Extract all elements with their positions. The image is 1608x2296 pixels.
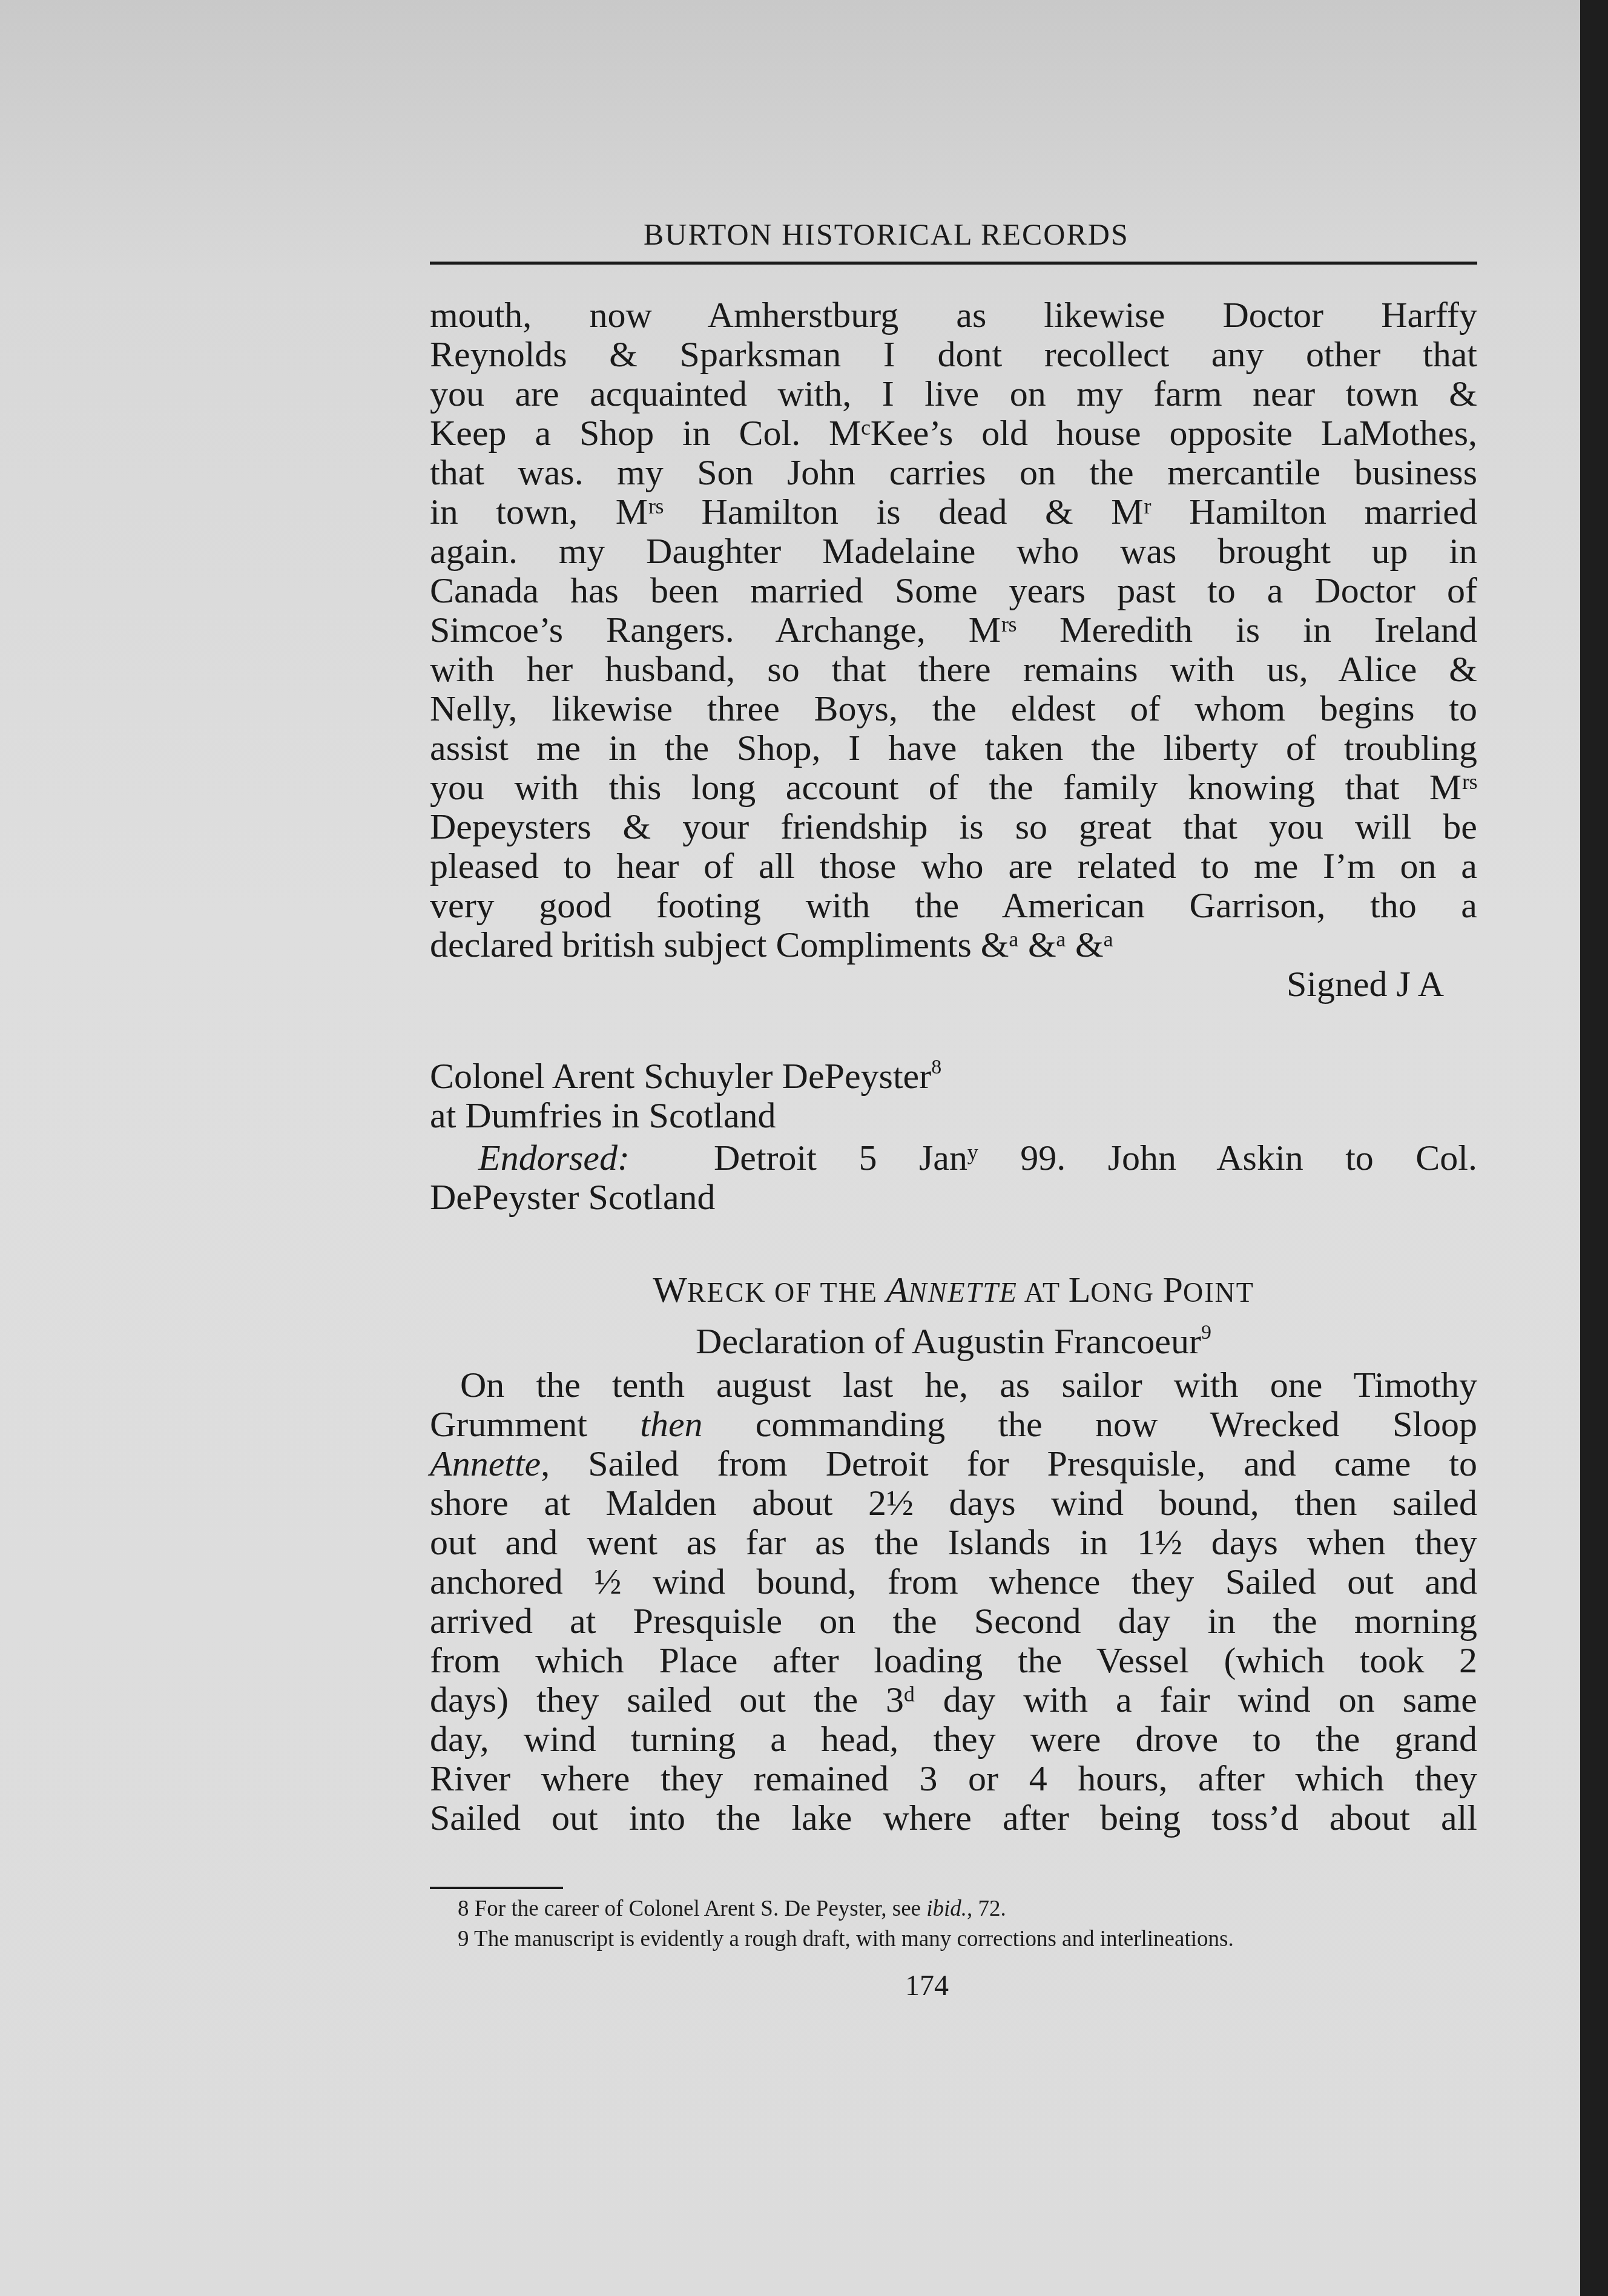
endorsement-line: DePeyster Scotland (430, 1178, 1477, 1217)
text-line: that was. my Son John carries on the mer… (430, 453, 1477, 492)
address-line: at Dumfries in Scotland (430, 1096, 1477, 1135)
text-line: Nelly, likewise three Boys, the eldest o… (430, 689, 1477, 728)
footnote-ref[interactable]: 8 (931, 1056, 941, 1078)
text-line: Annette, Sailed from Detroit for Presqui… (430, 1444, 1477, 1483)
footnote-rule (430, 1887, 563, 1889)
text-line: Depeysters & your friendship is so great… (430, 807, 1477, 846)
text-line: days) they sailed out the 3ᵈ day with a … (430, 1680, 1477, 1720)
text-line: Reynolds & Sparksman I dont recollect an… (430, 335, 1477, 374)
text-line: Sailed out into the lake where after bei… (430, 1798, 1477, 1838)
declaration-body: On the tenth august last he, as sailor w… (430, 1365, 1477, 1838)
text-line: from which Place after loading the Vesse… (430, 1641, 1477, 1680)
text-line: Grumment then commanding the now Wrecked… (430, 1405, 1477, 1444)
text-line: Keep a Shop in Col. MᶜKee’s old house op… (430, 414, 1477, 453)
text-line: pleased to hear of all those who are rel… (430, 846, 1477, 886)
text-line: you are acquainted with, I live on my fa… (430, 374, 1477, 414)
text-line: shore at Malden about 2½ days wind bound… (430, 1483, 1477, 1523)
text-line: with her husband, so that there remains … (430, 650, 1477, 689)
signature: Signed J A (430, 965, 1477, 1004)
text-line: you with this long account of the family… (430, 768, 1477, 807)
text-line: mouth, now Amherstburg as likewise Docto… (430, 295, 1477, 335)
text-line: assist me in the Shop, I have taken the … (430, 728, 1477, 768)
endorsement-line: Endorsed: Detroit 5 Janʸ 99. John Askin … (430, 1138, 1477, 1178)
text-line: Simcoe’s Rangers. Archange, Mʳˢ Meredith… (430, 610, 1477, 650)
text-line: out and went as far as the Islands in 1½… (430, 1523, 1477, 1562)
section-title: WRECK OF THE ANNETTE AT LONG POINT (430, 1268, 1477, 1314)
address-block: Colonel Arent Schuyler DePeyster8 at Dum… (430, 1057, 1477, 1135)
endorsement-label: Endorsed: (478, 1138, 630, 1178)
text-line: day, wind turning a head, they were drov… (430, 1720, 1477, 1759)
section-subtitle: Declaration of Augustin Francoeur9 (430, 1320, 1477, 1362)
scan-edge (1580, 0, 1608, 2296)
address-line: Colonel Arent Schuyler DePeyster8 (430, 1057, 1477, 1096)
endorsement-block: Endorsed: Detroit 5 Janʸ 99. John Askin … (430, 1138, 1477, 1217)
text-line: On the tenth august last he, as sailor w… (430, 1365, 1477, 1405)
text-line: anchored ½ wind bound, from whence they … (430, 1562, 1477, 1602)
book-page: BURTON HISTORICAL RECORDS mouth, now Amh… (0, 0, 1580, 2296)
header-rule (430, 262, 1477, 265)
letter-body: mouth, now Amherstburg as likewise Docto… (430, 295, 1477, 1004)
text-line: arrived at Presquisle on the Second day … (430, 1602, 1477, 1641)
running-head: BURTON HISTORICAL RECORDS (644, 216, 1129, 252)
text-line: very good footing with the American Garr… (430, 886, 1477, 925)
text-line: Canada has been married Some years past … (430, 571, 1477, 610)
text-line: in town, Mʳˢ Hamilton is dead & Mʳ Hamil… (430, 492, 1477, 532)
footnote-9: 9 The manuscript is evidently a rough dr… (458, 1925, 1234, 1953)
text-line: River where they remained 3 or 4 hours, … (430, 1759, 1477, 1798)
page-number: 174 (905, 1969, 949, 2003)
footnote-ref[interactable]: 9 (1201, 1321, 1211, 1344)
footnote-8: 8 For the career of Colonel Arent S. De … (458, 1895, 1006, 1922)
text-line: declared british subject Compliments &ᵃ … (430, 925, 1477, 965)
text-line: again. my Daughter Madelaine who was bro… (430, 532, 1477, 571)
